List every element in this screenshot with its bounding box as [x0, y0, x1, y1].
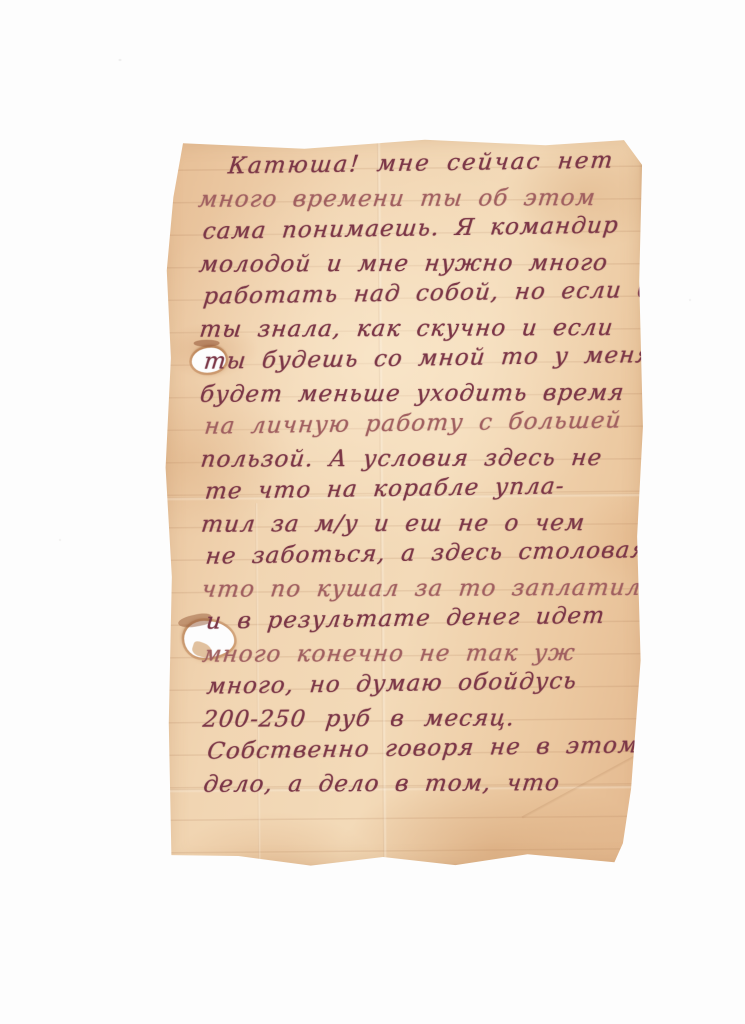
handwritten-line: работать над собой, но если бы [201, 274, 641, 313]
handwritten-line: и в результате денег идет [204, 599, 644, 638]
handwritten-line: не заботься, а здесь столовая [204, 534, 644, 573]
handwritten-line: Собственно говоря не в этом [205, 729, 645, 768]
handwritten-line: Катюша! мне сейчас нет [200, 144, 640, 183]
handwritten-line: ты будешь со мной то у меня [202, 339, 642, 378]
handwritten-line: много, но думаю обойдусь [205, 664, 645, 703]
scanner-background: Катюша! мне сейчас нет много времени ты … [0, 0, 745, 1024]
handwritten-line: дело, а дело в том, что [202, 766, 646, 800]
handwritten-line: те что на корабле упла- [203, 469, 643, 508]
handwritten-line: сама понимаешь. Я командир [201, 209, 641, 248]
letter-paper: Катюша! мне сейчас нет много времени ты … [160, 135, 648, 869]
handwritten-line: на личную работу с большей [203, 404, 643, 443]
letter-text: Катюша! мне сейчас нет много времени ты … [202, 147, 644, 801]
